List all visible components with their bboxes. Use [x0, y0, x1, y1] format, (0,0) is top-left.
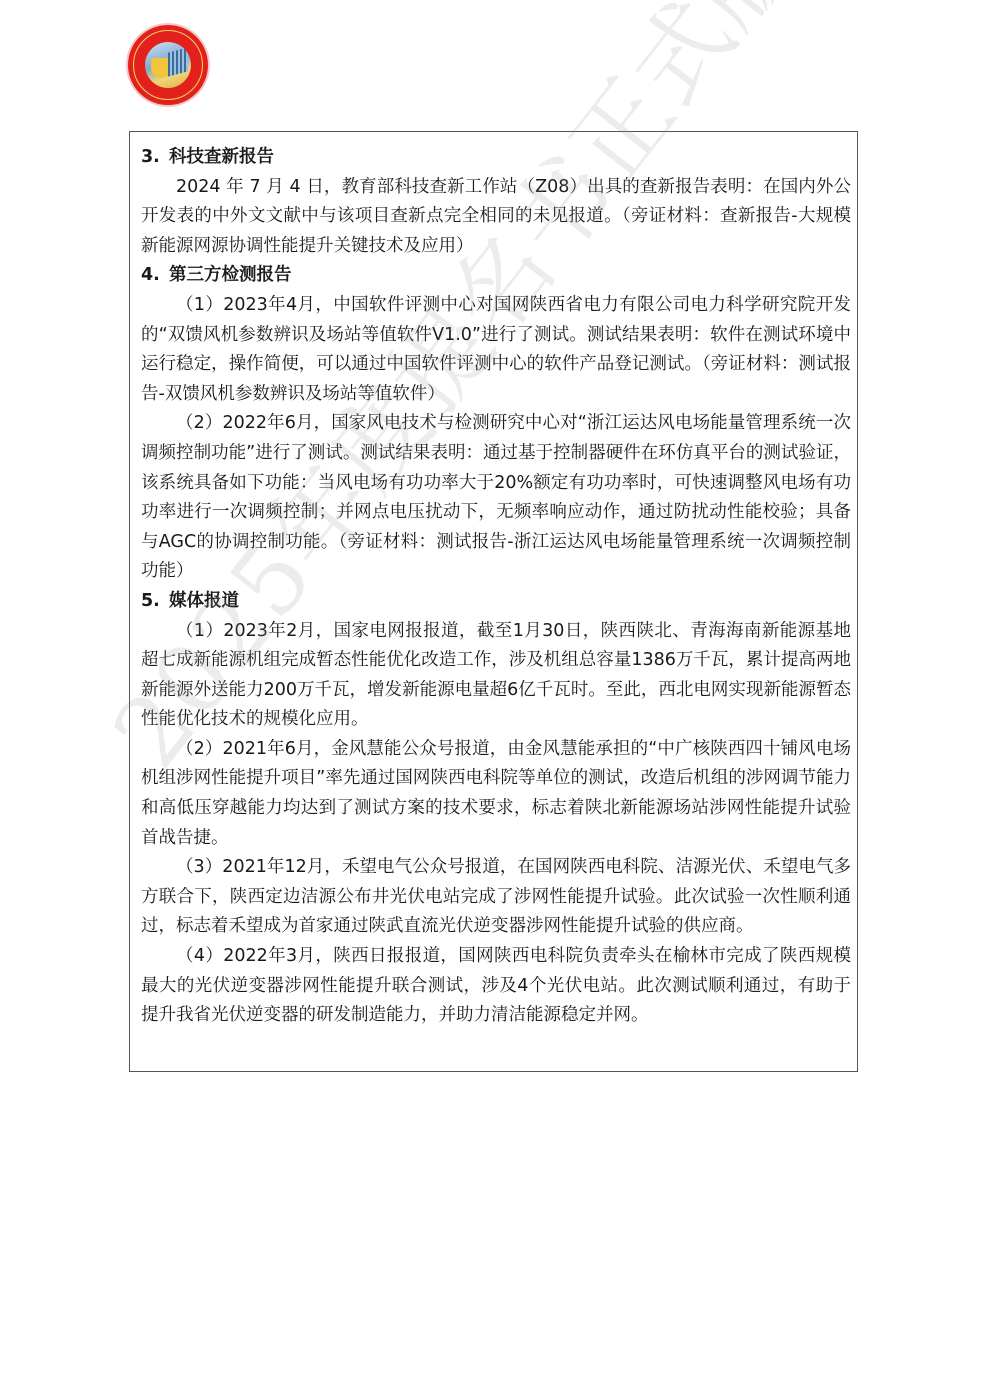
paragraph: （2）2022年6月，国家风电技术与检测研究中心对“浙江运达风电场能量管理系统一…: [141, 409, 851, 587]
organization-logo-seal: [128, 25, 208, 105]
paragraph: （4）2022年3月，陕西日报报道，国网陕西电科院负责牵头在榆林市完成了陕西规模…: [141, 942, 851, 1031]
paragraph: （1）2023年2月，国家电网报报道，截至1月30日，陕西陕北、青海海南新能源基…: [141, 617, 851, 735]
section-title: 第三方检测报告: [169, 265, 292, 285]
section-number: 5.: [141, 587, 169, 617]
paragraph: （3）2021年12月，禾望电气公众号报道，在国网陕西电科院、洁源光伏、禾望电气…: [141, 853, 851, 942]
section-title: 媒体报道: [169, 591, 239, 611]
section-number: 3.: [141, 143, 169, 173]
building-icon: [168, 47, 188, 76]
document-body: 3.科技查新报告 2024 年 7 月 4 日，教育部科技查新工作站（Z08）出…: [141, 143, 851, 1031]
section-title: 科技查新报告: [169, 147, 274, 167]
paragraph: 2024 年 7 月 4 日，教育部科技查新工作站（Z08）出具的查新报告表明：…: [141, 173, 851, 262]
section-heading-media-reports: 5.媒体报道: [141, 587, 851, 617]
paragraph: （1）2023年4月，中国软件评测中心对国网陕西省电力有限公司电力科学研究院开发…: [141, 291, 851, 409]
paragraph: （2）2021年6月，金风慧能公众号报道，由金风慧能承担的“中广核陕西四十铺风电…: [141, 735, 851, 853]
section-heading-third-party-testing: 4.第三方检测报告: [141, 261, 851, 291]
section-heading-novelty-search: 3.科技查新报告: [141, 143, 851, 173]
section-number: 4.: [141, 261, 169, 291]
seal-emblem: [145, 42, 191, 88]
